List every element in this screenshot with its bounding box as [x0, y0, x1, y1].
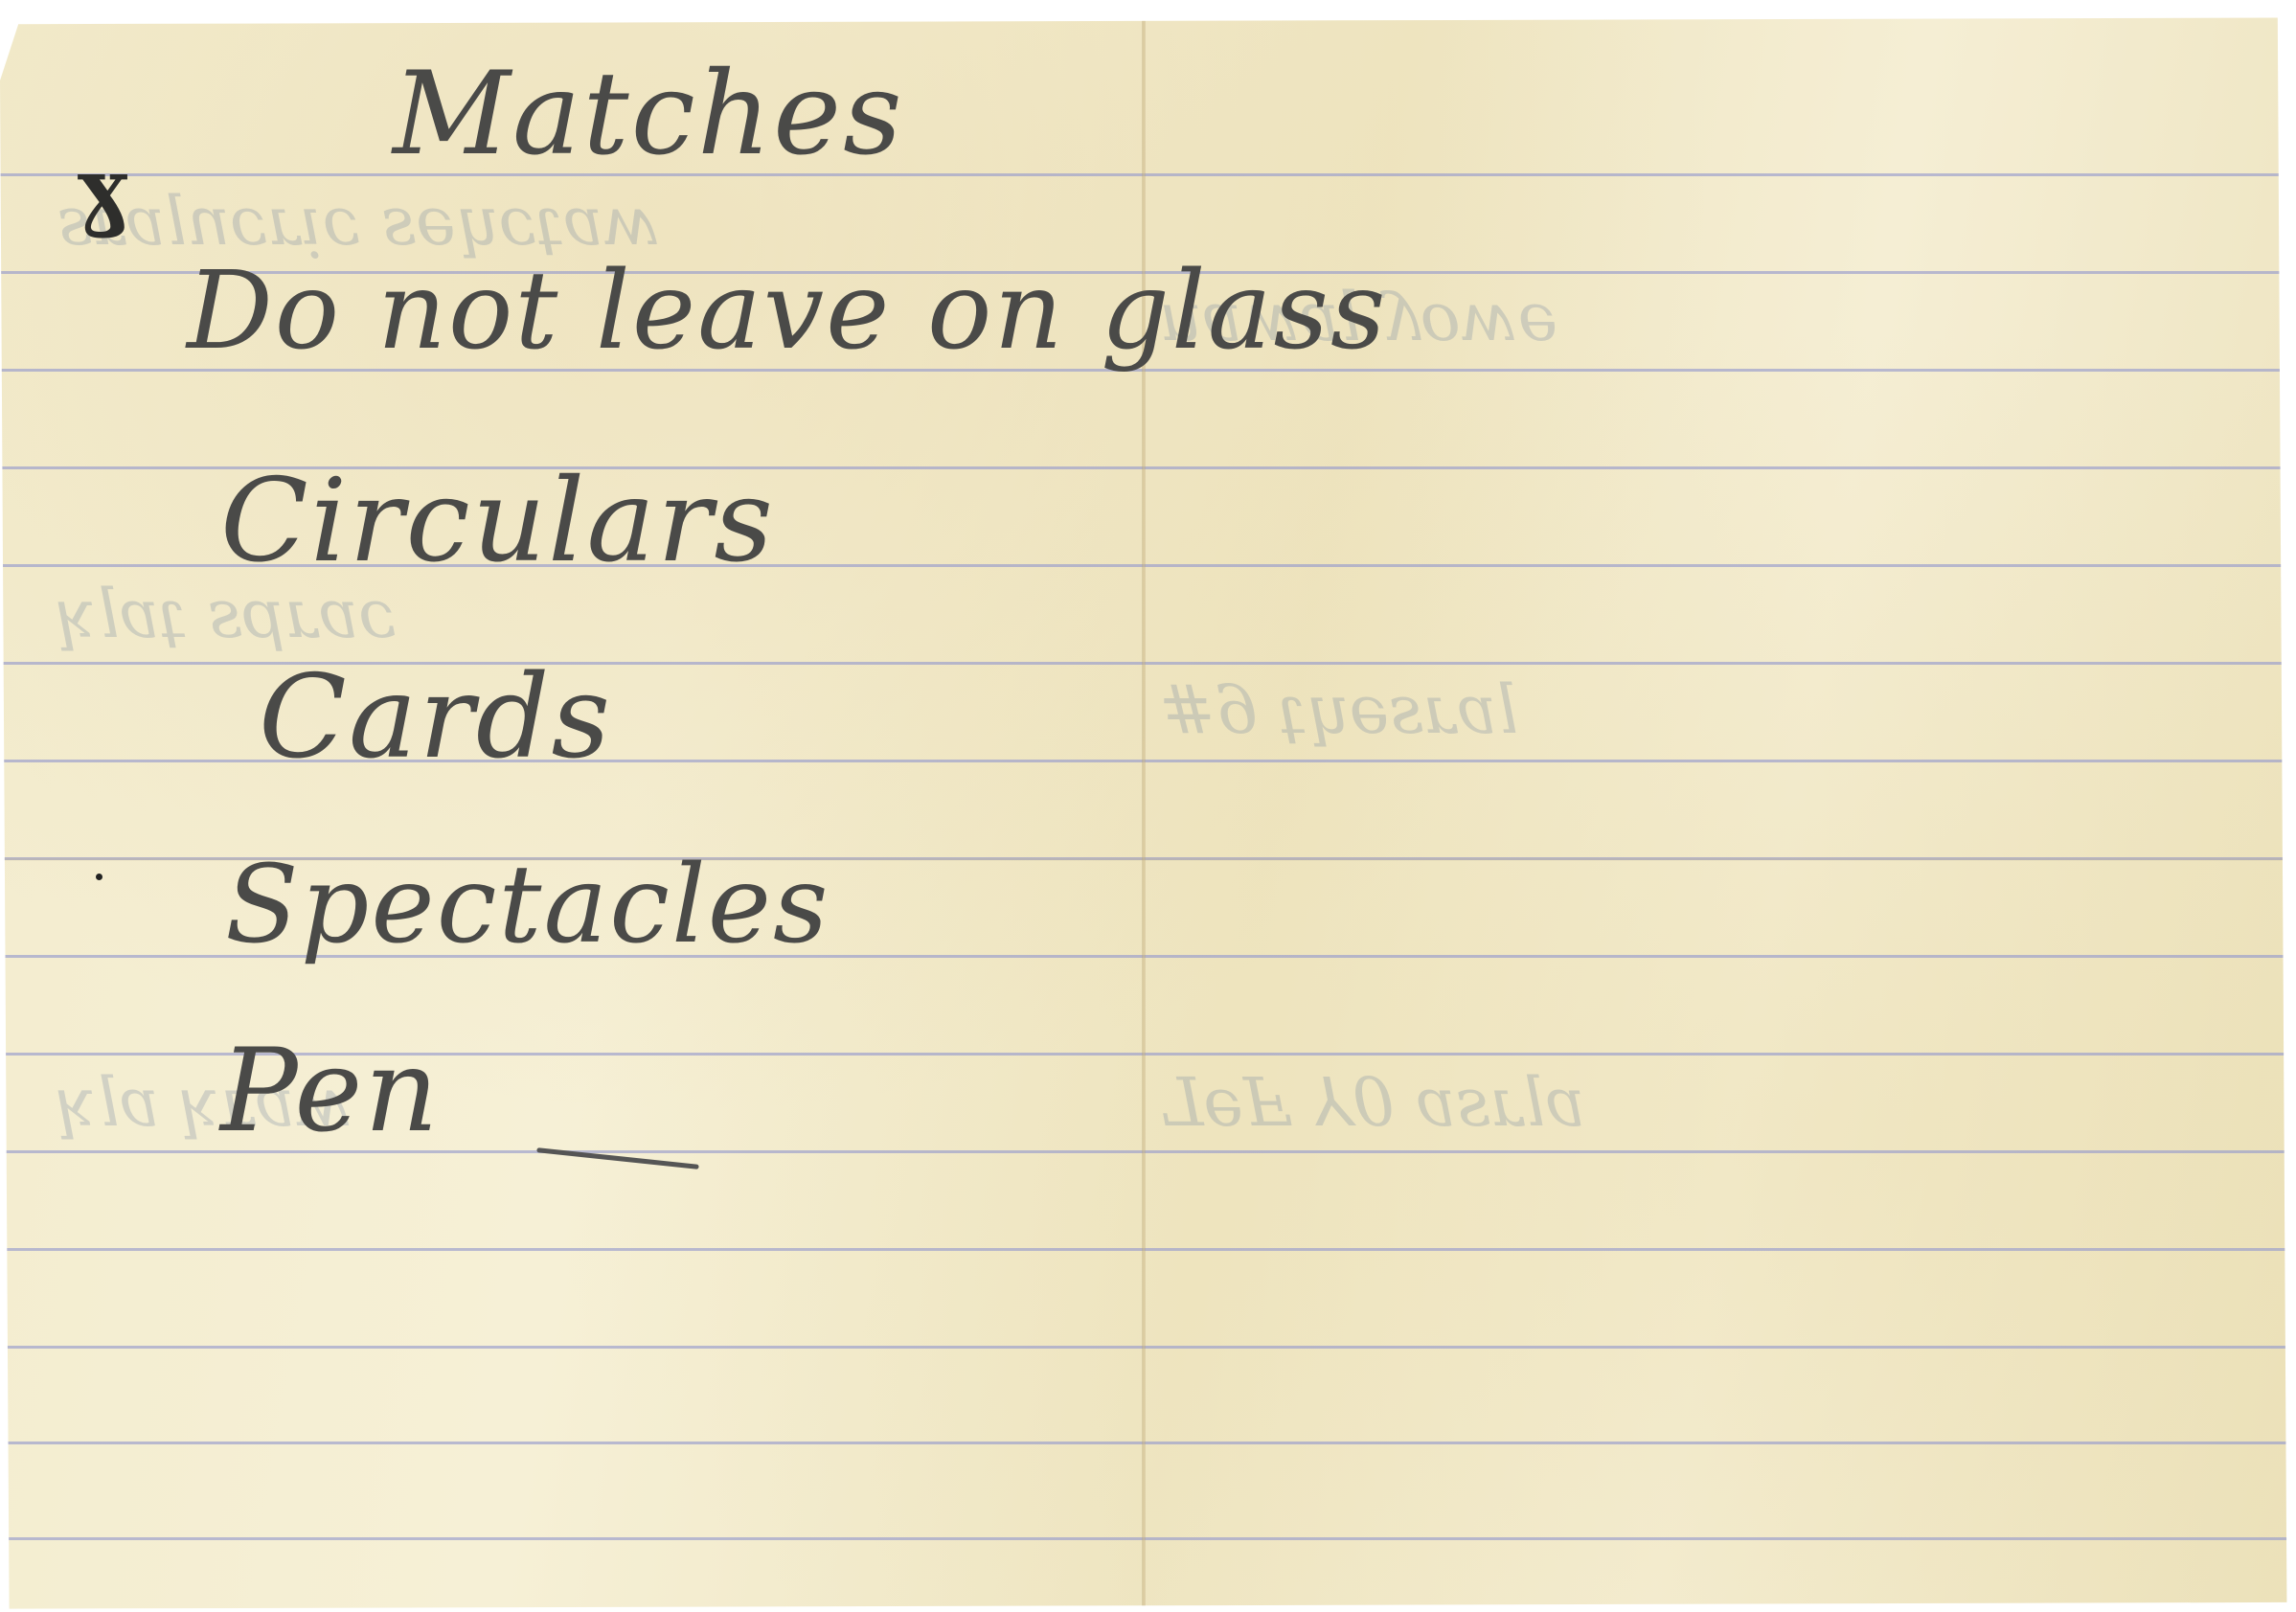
ink-dot	[96, 874, 102, 880]
ruled-line	[0, 1248, 2296, 1251]
paper-sheet: ʍɐʇɔɥǝs ɔᴉɹɔnlɐɹs ɔɐɹps ʇɐlʞ ʍɐɹʞ ɐlʞ ǝʍ…	[0, 0, 2296, 1612]
note-line-do-not-leave-on-glass: Do not leave on glass	[187, 249, 1387, 374]
note-title: Matches	[393, 48, 904, 181]
bleed-through-text: ɐlɹsɐ 0⅄ ℲǝL	[1159, 1063, 1585, 1142]
ruled-line	[0, 1442, 2296, 1444]
ruled-line	[0, 1537, 2296, 1540]
bleed-through-text: lɐɹsǝɥʇ 6#	[1159, 670, 1518, 749]
ruled-line	[0, 173, 2296, 176]
note-line-cards: Cards	[259, 651, 612, 784]
ruled-line	[0, 1346, 2296, 1349]
note-line-spectacles: Spectacles	[225, 843, 830, 967]
note-line-pen: Pen	[220, 1025, 441, 1158]
note-line-circulars: Circulars	[220, 455, 775, 588]
margin-mark: ɣ	[77, 139, 128, 240]
